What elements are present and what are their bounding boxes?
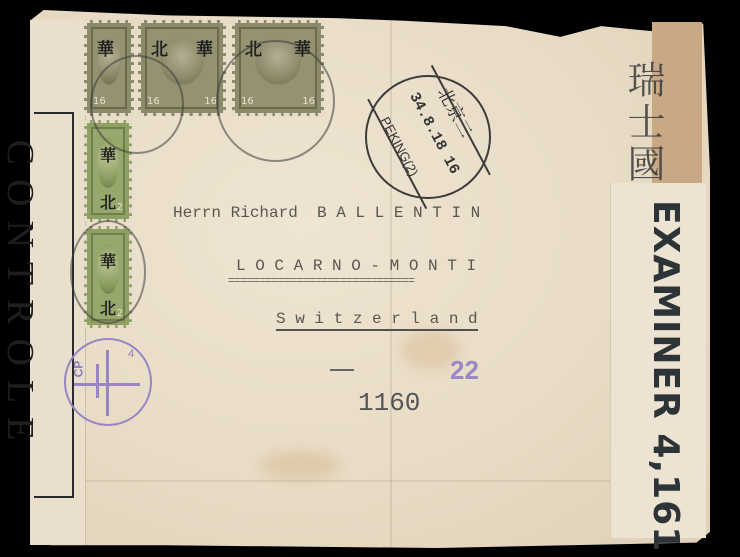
registry-number: 1160 [358,388,420,418]
pencil-dash [330,369,354,371]
examiner-label: EXAMINER 4,161 [645,200,686,552]
handstamp-cross-horizontal [74,383,140,386]
overprint-char: 華 [196,35,213,60]
handstamp-cross-vertical-short [96,364,99,398]
postmark-faint [90,55,184,154]
overprint-char: 華 [97,35,114,60]
stain [260,450,340,480]
overprint-char: 北 [151,35,168,60]
handwritten-destination: 瑞士國 [623,60,663,186]
handstamp-letters: CP [71,361,85,378]
address-city-underline: ============================== [228,274,414,288]
handstamp-number: 4 [128,348,134,360]
postmark-faint [216,40,335,162]
censor-handstamp: CP 4 [64,338,152,426]
crease [30,480,650,482]
postmark-faint [70,220,146,324]
address-country: S w i t z e r l a n d [276,310,478,331]
stamp-value: 2 [117,202,123,213]
address-city: L O C A R N O - M O N T I [236,257,476,275]
address-name: Herrn Richard B A L L E N T I N [173,204,480,222]
violet-censor-number: 22 [450,355,479,386]
controle-text: CONTROLE [0,127,42,467]
peking-postmark: 北京二 34.8.18 16 PEKING(2) [365,75,491,199]
